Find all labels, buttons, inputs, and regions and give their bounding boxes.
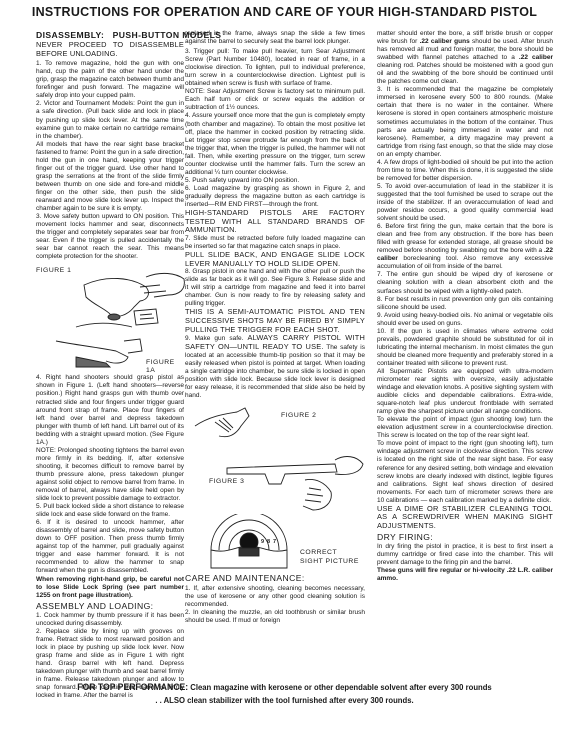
step-safety-button: 3. Move safety button upward to ON posit… — [36, 213, 184, 261]
care-step-3: 3. It is recommended that the magazine b… — [377, 86, 553, 158]
footer-line-2: . . ALSO clean stabilizer with the tool … — [23, 694, 546, 707]
footer-lead: FOR TOP PERFORMANCE: — [77, 681, 188, 692]
correct-sight-picture-label: CORRECT SIGHT PICTURE — [300, 548, 359, 566]
step-push-safety: 5. Push safety upward into ON position. — [185, 177, 365, 185]
grip-warning: When removing right-hand grip, be carefu… — [36, 576, 184, 600]
step-remove-magazine: 1. To remove magazine, hold the gun with… — [36, 60, 184, 100]
screwdriver-notice: USE A DIME OR STABILIZER CLEANING TOOL A… — [377, 505, 553, 531]
step-make-safe: 9. Make gun safe. ALWAYS CARRY PISTOL WI… — [185, 334, 365, 400]
step-release-slide: 5. Pull back locked slide a short distan… — [36, 503, 184, 519]
note-barrel: NOTE: Prolonged shooting tightens the ba… — [36, 447, 184, 503]
care-step-10: 10. If the gun is used in climates where… — [377, 328, 553, 368]
text-continued: replaced in the frame, always snap the s… — [185, 30, 365, 46]
sights-windage: To move point of impact to the right (gu… — [377, 440, 553, 504]
footer-line-1: FOR TOP PERFORMANCE: Clean magazine with… — [23, 680, 546, 694]
step-make-safe-lead: 9. Make gun safe. — [185, 335, 247, 342]
column-care: matter should enter the bore, a stiff br… — [377, 30, 553, 583]
figure-1a-illustration: FIGURE 1A — [36, 337, 184, 371]
care-step-5: 5. To avoid over-accumulation of lead in… — [377, 183, 553, 223]
step-make-safe-body: The safety is located at an accessible t… — [185, 344, 365, 399]
caliber-emphasis: .22 caliber guns — [420, 38, 470, 45]
section-heading-dry-firing: DRY FIRING: — [377, 533, 553, 541]
footer-line-1-text: Clean magazine with kerosene or other de… — [188, 682, 492, 692]
care-step-6-a: 6. Before first firing the gun, make cer… — [377, 223, 553, 254]
semi-auto-notice: THIS IS A SEMI-AUTOMATIC PISTOL AND TEN … — [185, 308, 365, 334]
figure-1a-label: FIGURE 1A — [146, 359, 184, 375]
step-grasp-fire: 8. Grasp pistol in one hand and with the… — [185, 268, 365, 308]
sight-ring-8: 8 — [267, 538, 270, 546]
step-load-magazine: 6. Load magazine by grasping as shown in… — [185, 185, 365, 209]
dry-firing-text: In dry firing the pistol in practice, it… — [377, 543, 553, 567]
section-heading-assembly: ASSEMBLY AND LOADING: — [36, 602, 184, 610]
slide-lock-notice: PULL SLIDE BACK, AND ENGAGE SLIDE LOCK L… — [185, 251, 365, 268]
top-performance-footer: FOR TOP PERFORMANCE: Clean magazine with… — [23, 680, 546, 707]
figure-1-illustration: FIGURE 1 — [36, 265, 184, 337]
section-heading-care: CARE AND MAINTENANCE: — [185, 574, 365, 582]
column-loading: replaced in the frame, always snap the s… — [185, 30, 365, 625]
care-step-8: 8. For best results in rust prevention o… — [377, 296, 553, 312]
figure-2-label: FIGURE 2 — [281, 412, 316, 420]
sights-elevation: To elevate the point of impact (gun shoo… — [377, 416, 553, 440]
care-step-1: 1. If, after extensive shooting, cleanin… — [185, 585, 365, 609]
column-disassembly: DISASSEMBLY: PUSH-BUTTON MODELS NEVER PR… — [36, 30, 184, 700]
care-step-4: 4. A few drops of light-bodied oil shoul… — [377, 159, 553, 183]
sight-ring-7: 7 — [273, 538, 276, 546]
sight-ring-9: 9 — [261, 538, 264, 546]
step-all-models: All models that have the rear sight base… — [36, 141, 184, 213]
sight-label-line-2: SIGHT PICTURE — [300, 557, 359, 566]
hands-pistol-icon — [36, 265, 186, 337]
step-uncock-hammer: 6. If it is desired to uncock hammer, af… — [36, 519, 184, 575]
sight-picture-illustration: 9 8 7 CORRECT SIGHT PICTURE — [185, 514, 365, 570]
factory-tested-notice: HIGH-STANDARD PISTOLS ARE FACTORY TESTED… — [185, 209, 365, 235]
care-text-c: cleaning rod. Patches should be moistene… — [377, 62, 553, 85]
sights-description: All Supermatic Pistols are equipped with… — [377, 368, 553, 416]
page-title: INSTRUCTIONS FOR OPERATION AND CARE OF Y… — [0, 5, 569, 19]
step-grasp-pistol: 4. Right hand shooters should grasp pist… — [36, 374, 184, 446]
step-trigger-pull: 3. Trigger pull: To make pull heavier, t… — [185, 48, 365, 88]
care-step-7: 7. The entire gun should be wiped dry of… — [377, 271, 553, 295]
figure-3-label: FIGURE 3 — [209, 478, 244, 486]
care-continued: matter should enter the bore, a stiff br… — [377, 30, 553, 86]
sight-picture-target-icon — [205, 514, 295, 570]
unload-warning: NEVER PROCEED TO DISASSEMBLE BEFORE UNLO… — [36, 41, 184, 58]
care-step-6: 6. Before first firing the gun, make cer… — [377, 223, 553, 271]
figure-2-3-illustration: FIGURE 2 FIGURE 3 — [185, 406, 365, 514]
sight-label-line-1: CORRECT — [300, 548, 359, 557]
ammo-note: These guns will fire regular or hi-veloc… — [377, 567, 553, 583]
caliber-emphasis-2: .22 caliber — [519, 54, 553, 61]
magazine-loading-icon — [185, 406, 365, 514]
step-cock-hammer: 1. Cock hammer by thumb pressure if it h… — [36, 612, 184, 628]
step-retract-slide: 7. Slide must be retracted before fully … — [185, 235, 365, 251]
note-sear-adjustment: NOTE: Sear Adjustment Screw is factory s… — [185, 88, 365, 112]
care-step-2: 2. In cleaning the muzzle, an old toothb… — [185, 609, 365, 625]
care-step-6-b: borecleaning tool. Also remove any exces… — [377, 255, 553, 270]
step-victor-models: 2. Victor and Tournament Models: Point t… — [36, 100, 184, 140]
step-assure-empty: 4. Assure yourself once more that the gu… — [185, 112, 365, 176]
care-step-9: 9. Avoid using heavy-bodied oils. No ani… — [377, 312, 553, 328]
